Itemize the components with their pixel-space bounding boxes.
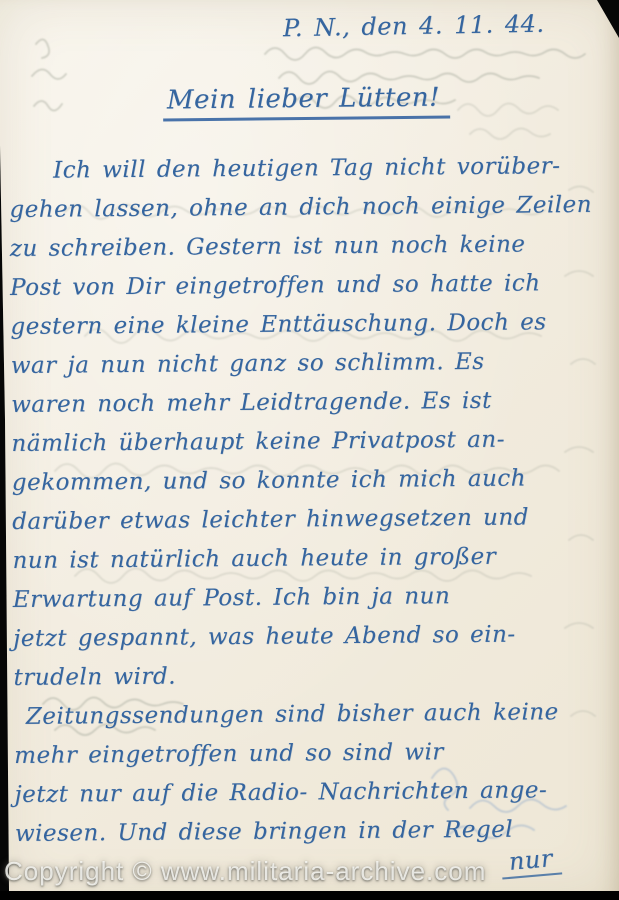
photo-frame: P. N., den 4. 11. 44. Mein lieber Lütten… [0,0,619,900]
handwriting-line: gekommen, und so konnte ich mich auch [12,459,611,503]
date-line: P. N., den 4. 11. 44. [283,10,545,43]
catchword: nur [500,843,562,879]
handwriting-line: Erwartung auf Post. Ich bin ja nun [13,576,612,620]
salutation: Mein lieber Lütten! [163,82,450,121]
handwriting-line: darüber etwas leichter hinwegsetzen und [12,498,611,542]
bottom-black-bar [0,891,619,900]
copyright-watermark: Copyright © www.militaria-archive.com [4,856,486,887]
handwriting-line: gehen lassen, ohne an dich noch einige Z… [9,186,608,230]
bleed-through-writing [22,32,92,132]
handwriting-line: jetzt gespannt, was heute Abend so ein- [13,615,612,659]
handwriting-line: nämlich überhaupt keine Privatpost an- [11,420,610,464]
bleed-through-writing [450,96,610,146]
handwriting-line: Post von Dir eingetroffen und so hatte i… [10,264,609,308]
handwriting-line: Ich will den heutigen Tag nicht vorüber- [9,147,608,191]
handwriting-line: trudeln wird. [13,654,612,698]
handwriting-line: gestern eine kleine Enttäuschung. Doch e… [10,303,609,347]
handwriting-line: nun ist natürlich auch heute in großer [12,537,611,581]
handwriting-line: jetzt nur auf die Radio- Nachrichten ang… [14,771,613,815]
letter-body: Ich will den heutigen Tag nicht vorüber-… [9,147,614,854]
handwriting-line: Zeitungssendungen sind bisher auch keine [14,693,613,737]
handwriting-line: zu schreiben. Gestern ist nun noch keine [10,225,609,269]
handwriting-line: waren noch mehr Leidtragende. Es ist [11,381,610,425]
handwriting-line: mehr eingetroffen und so sind wir [14,732,613,776]
handwriting-line: war ja nun nicht ganz so schlimm. Es [11,342,610,386]
